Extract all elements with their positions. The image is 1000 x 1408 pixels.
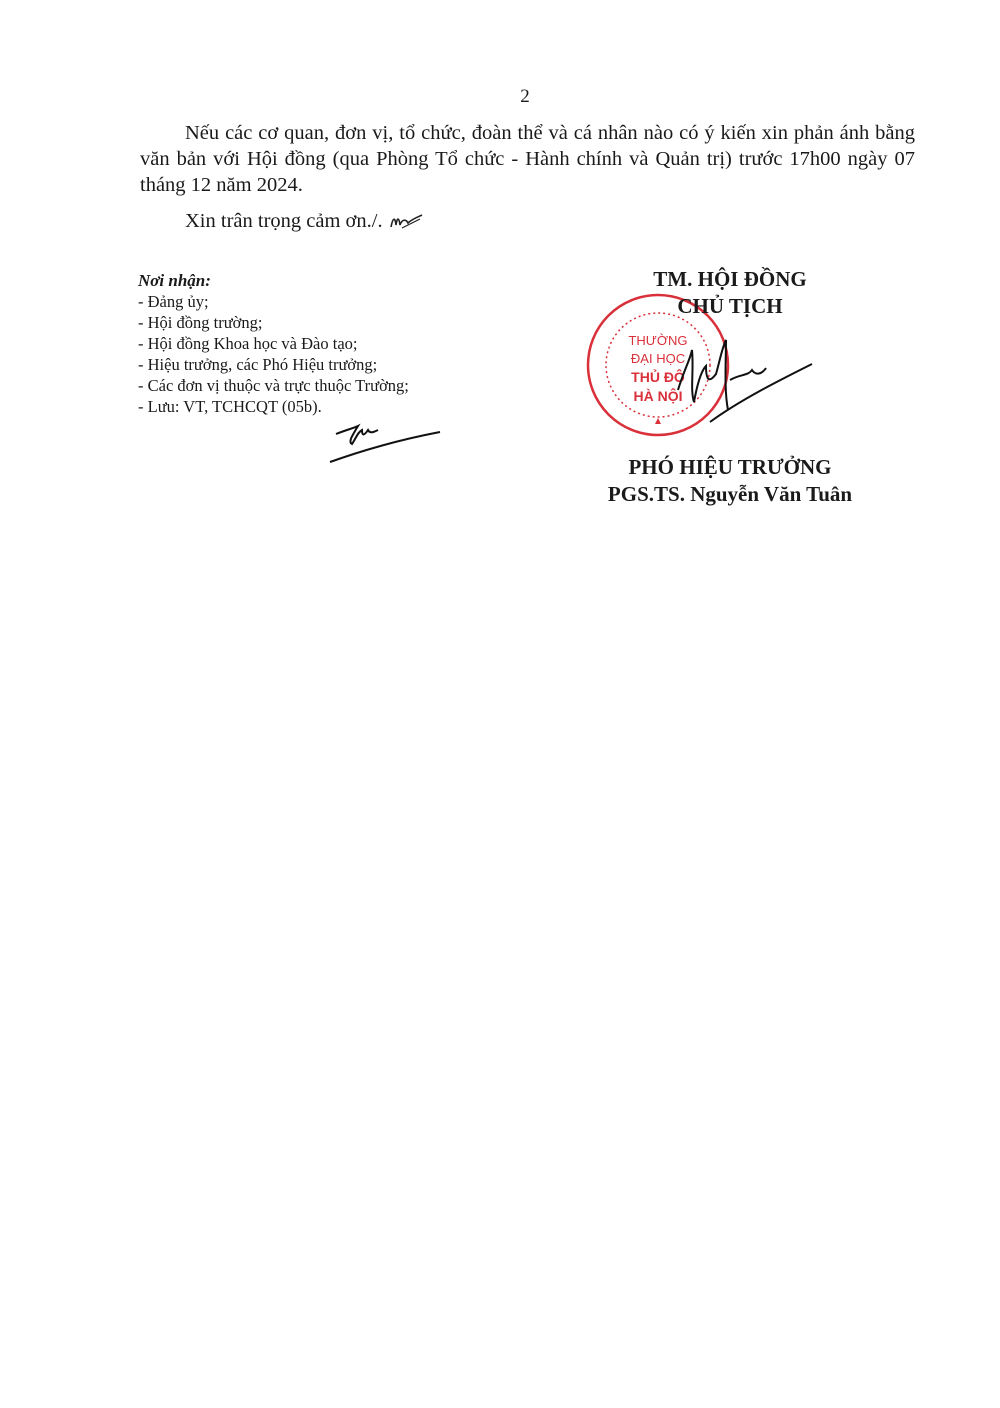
recipients-title: Nơi nhận: [138, 270, 409, 291]
recipient-item: - Các đơn vị thuộc và trực thuộc Trường; [138, 375, 409, 396]
closing-line: Xin trân trọng cảm ơn./. [185, 210, 424, 233]
body-paragraph: Nếu các cơ quan, đơn vị, tổ chức, đoàn t… [140, 120, 915, 198]
handwritten-signature-icon [670, 330, 815, 425]
signature-position: PHÓ HIỆU TRƯỞNG [560, 454, 900, 481]
recipient-item: - Hiệu trưởng, các Phó Hiệu trưởng; [138, 354, 409, 375]
recipient-item: - Hội đồng trường; [138, 312, 409, 333]
page-number: 2 [0, 86, 1000, 108]
closing-text: Xin trân trọng cảm ơn./. [185, 210, 383, 232]
initial-signature-icon [328, 412, 443, 467]
recipients-list: - Đảng ủy; - Hội đồng trường; - Hội đồng… [138, 291, 409, 417]
initial-mark-icon [388, 213, 424, 231]
signature-role: CHỦ TỊCH [560, 293, 900, 320]
signature-on-behalf: TM. HỘI ĐỒNG [560, 266, 900, 293]
signer-name: PGS.TS. Nguyễn Văn Tuân [560, 481, 900, 508]
signature-block: TM. HỘI ĐỒNG CHỦ TỊCH PHÓ HIỆU TRƯỞNG PG… [560, 266, 900, 320]
recipient-item: - Đảng ủy; [138, 291, 409, 312]
recipients-block: Nơi nhận: - Đảng ủy; - Hội đồng trường; … [138, 270, 409, 417]
recipient-item: - Hội đồng Khoa học và Đào tạo; [138, 333, 409, 354]
